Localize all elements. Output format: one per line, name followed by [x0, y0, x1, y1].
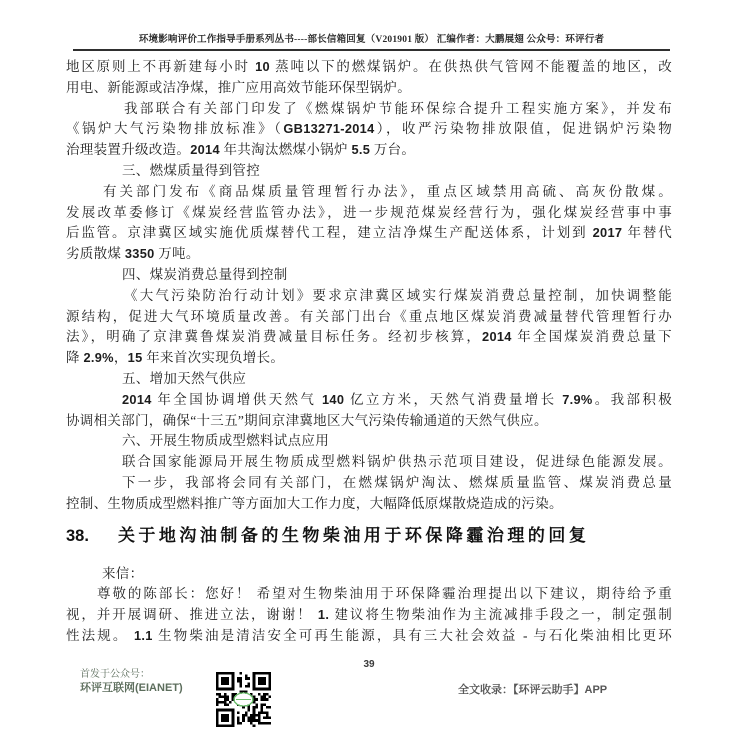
text-line: 源结构，促进大气环境质量改善。有关部门出台《重点地区煤炭消费减量替代管理暂行办: [66, 307, 672, 328]
text-line: 视，并开展调研、推进立法，谢谢！ 1. 建议将生物柴油作为主流减排手段之一，制定…: [66, 605, 672, 626]
text-line: 治理装置升级改造。2014 年共淘汰燃煤小锅炉 5.5 万台。: [66, 140, 672, 161]
footer-publisher-label: 首发于公众号：: [80, 668, 183, 681]
text-line: 用电、新能源或洁净煤，推广应用高效节能环保型锅炉。: [66, 78, 672, 99]
document-page: 环境影响评价工作指导手册系列丛书----部长信箱回复（V201901 版） 汇编…: [0, 0, 740, 740]
text-line: 有关部门发布《商品煤质量管理暂行办法》，重点区域禁用高硫、高灰份散煤。: [66, 182, 672, 203]
text-line: 降 2.9%，15 年来首次实现负增长。: [66, 348, 672, 369]
page-header: 环境影响评价工作指导手册系列丛书----部长信箱回复（V201901 版） 汇编…: [73, 31, 670, 51]
footer-publisher-name: 环评互联网(EIANET): [80, 681, 183, 695]
text-line: 劣质散煤 3350 万吨。: [66, 244, 672, 265]
text-line: 下一步，我部将会同有关部门，在燃煤锅炉淘汰、燃煤质量监管、煤炭消费总量: [66, 473, 672, 494]
document-body: 地区原则上不再新建每小时 10 蒸吨以下的燃煤锅炉。在供热供气管网不能覆盖的地区…: [66, 57, 672, 647]
text-line: 控制、生物质成型燃料推广等方面加大工作力度，大幅降低原煤散烧造成的污染。: [66, 494, 672, 515]
text-line: 法》，明确了京津冀鲁煤炭消费减量目标任务。经初步核算，2014 年全国煤炭消费总…: [66, 327, 672, 348]
text-line: 后监管。京津冀区域实施优质煤替代工程，建立洁净煤生产配送体系，计划到 2017 …: [66, 223, 672, 244]
text-line: 发展改革委修订《煤炭经营监管办法》，进一步规范煤炭经营行为，强化煤炭经营事中事: [66, 203, 672, 224]
text-line: 五、增加天然气供应: [66, 369, 672, 390]
section-title: 关于地沟油制备的生物柴油用于环保降霾治理的回复: [118, 523, 590, 549]
letter-paragraphs: 来信：尊敬的陈部长：您好！ 希望对生物柴油用于环保降霾治理提出以下建议，期待给予…: [66, 564, 672, 647]
text-line: 地区原则上不再新建每小时 10 蒸吨以下的燃煤锅炉。在供热供气管网不能覆盖的地区…: [66, 57, 672, 78]
body-paragraphs: 地区原则上不再新建每小时 10 蒸吨以下的燃煤锅炉。在供热供气管网不能覆盖的地区…: [66, 57, 672, 515]
footer-publisher: 首发于公众号： 环评互联网(EIANET): [80, 668, 183, 695]
text-line: 来信：: [66, 564, 672, 585]
text-line: 《锅炉大气污染物排放标准》（GB13271-2014），收严污染物排放限值，促进…: [66, 119, 672, 140]
text-line: 2014 年全国协调增供天然气 140 亿立方米，天然气消费量增长 7.9%。我…: [66, 390, 672, 411]
text-line: 三、燃煤质量得到管控: [66, 161, 672, 182]
text-line: 性法规。 1.1 生物柴油是清洁安全可再生能源，具有三大社会效益 - 与石化柴油…: [66, 626, 672, 647]
qr-code: [215, 672, 272, 727]
text-line: 四、煤炭消费总量得到控制: [66, 265, 672, 286]
text-line: 《大气污染防治行动计划》要求京津冀区域实行煤炭消费总量控制，加快调整能: [66, 286, 672, 307]
footer-app-note: 全文收录：【环评云助手】APP: [458, 681, 607, 697]
text-line: 我部联合有关部门印发了《燃煤锅炉节能环保综合提升工程实施方案》，并发布: [66, 99, 672, 120]
section-heading: 38. 关于地沟油制备的生物柴油用于环保降霾治理的回复: [66, 523, 672, 549]
text-line: 联合国家能源局开展生物质成型燃料锅炉供热示范项目建设，促进绿色能源发展。: [66, 452, 672, 473]
text-line: 尊敬的陈部长：您好！ 希望对生物柴油用于环保降霾治理提出以下建议，期待给予重: [66, 584, 672, 605]
text-line: 协调相关部门，确保“十三五”期间京津冀地区大气污染传输通道的天然气供应。: [66, 411, 672, 432]
text-line: 六、开展生物质成型燃料试点应用: [66, 431, 672, 452]
section-number: 38.: [66, 523, 89, 549]
